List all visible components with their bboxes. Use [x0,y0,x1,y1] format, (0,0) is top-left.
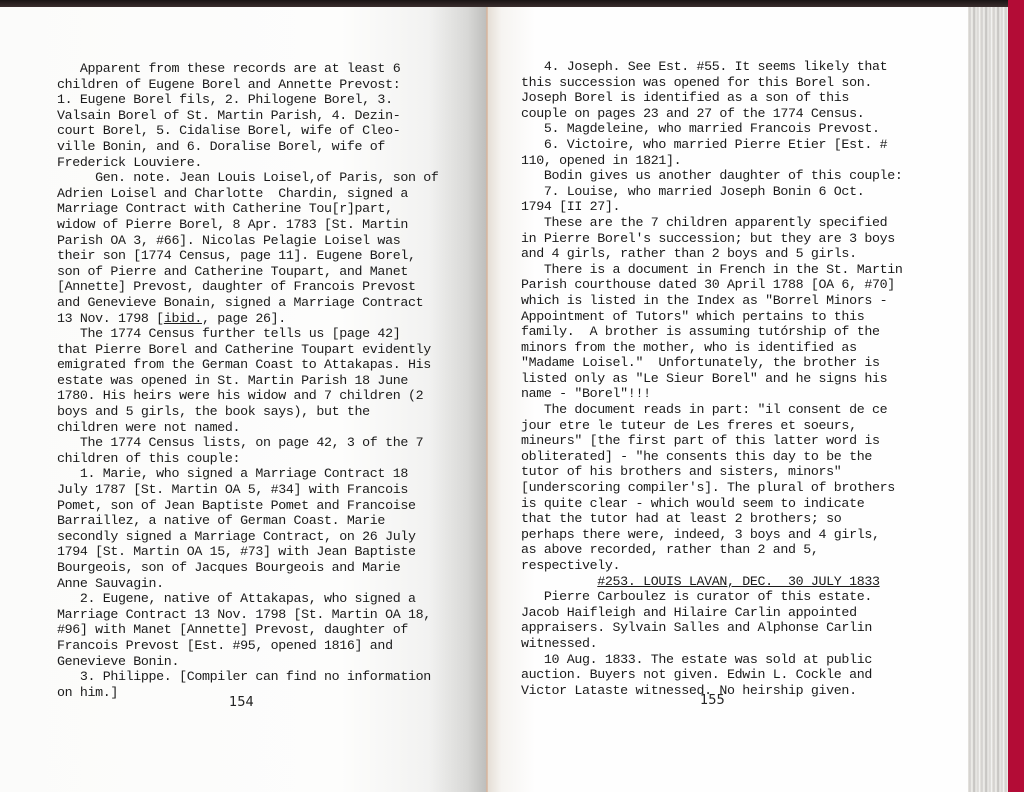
text-line: Jacob Haifleigh and Hilaire Carlin appoi… [521,605,902,621]
text-line: Apparent from these records are at least… [57,61,438,77]
text-line: The document reads in part: "il consent … [521,402,902,418]
text-line: Genevieve Bonin. [57,654,438,670]
text-line: [Annette] Prevost, daughter of Francois … [57,279,438,295]
text-line: 1. Marie, who signed a Marriage Contract… [57,466,438,482]
text-line: and 4 girls, rather than 2 boys and 5 gi… [521,246,902,262]
text-line: court Borel, 5. Cidalise Borel, wife of … [57,123,438,139]
text-line: appraisers. Sylvain Salles and Alphonse … [521,620,902,636]
text-line: perhaps there were, indeed, 3 boys and 4… [521,527,902,543]
text-line: ville Bonin, and 6. Doralise Borel, wife… [57,139,438,155]
text-line: Bodin gives us another daughter of this … [521,168,902,184]
text-line: #253. LOUIS LAVAN, DEC. 30 JULY 1833 [521,574,902,590]
text-line: that the tutor had at least 2 brothers; … [521,511,902,527]
text-line: as above recorded, rather than 2 and 5, [521,542,902,558]
text-line: witnessed. [521,636,902,652]
text-line: 1. Eugene Borel fils, 2. Philogene Borel… [57,92,438,108]
estate-heading: #253. LOUIS LAVAN, DEC. 30 JULY 1833 [597,574,879,589]
page-number-right: 155 [700,693,725,708]
text-line: Pierre Carboulez is curator of this esta… [521,589,902,605]
text-line: Marriage Contract 13 Nov. 1798 [St. Mart… [57,607,438,623]
text-line: in Pierre Borel's succession; but they a… [521,231,902,247]
text-line: minors from the mother, who is identifie… [521,340,902,356]
book-gutter [486,7,488,792]
text-line: Francois Prevost [Est. #95, opened 1816]… [57,638,438,654]
text-line: 5. Magdeleine, who married Francois Prev… [521,121,902,137]
text-line: Adrien Loisel and Charlotte Chardin, sig… [57,186,438,202]
text-line: Valsain Borel of St. Martin Parish, 4. D… [57,108,438,124]
text-line: These are the 7 children apparently spec… [521,215,902,231]
text-line: Pomet, son of Jean Baptiste Pomet and Fr… [57,498,438,514]
text-line: jour etre le tuteur de Les freres et soe… [521,418,902,434]
right-page-text: 4. Joseph. See Est. #55. It seems likely… [521,59,902,698]
text-line: 1794 [II 27]. [521,199,902,215]
text-line: Parish OA 3, #66]. Nicolas Pelagie Loise… [57,233,438,249]
text-line: Parish courthouse dated 30 April 1788 [O… [521,277,902,293]
text-line: The 1774 Census lists, on page 42, 3 of … [57,435,438,451]
book-top-edge [0,0,1024,7]
text-line: auction. Buyers not given. Edwin L. Cock… [521,667,902,683]
page-number-left: 154 [229,695,254,710]
text-line: 6. Victoire, who married Pierre Etier [E… [521,137,902,153]
text-line: obliterated] - "he consents this day to … [521,449,902,465]
text-line: 13 Nov. 1798 [ibid., page 26]. [57,311,438,327]
text-line: mineurs" [the first part of this latter … [521,433,902,449]
text-line: Marriage Contract with Catherine Tou[r]p… [57,201,438,217]
text-line: 1780. His heirs were his widow and 7 chi… [57,388,438,404]
text-line: There is a document in French in the St.… [521,262,902,278]
text-line: Joseph Borel is identified as a son of t… [521,90,902,106]
text-line: July 1787 [St. Martin OA 5, #34] with Fr… [57,482,438,498]
text-line: 110, opened in 1821]. [521,153,902,169]
text-line: boys and 5 girls, the book says), but th… [57,404,438,420]
text-line: that Pierre Borel and Catherine Toupart … [57,342,438,358]
text-line: emigrated from the German Coast to Attak… [57,357,438,373]
text-line: their son [1774 Census, page 11]. Eugene… [57,248,438,264]
text-line: name - "Borel"!!! [521,386,902,402]
text-line: respectively. [521,558,902,574]
text-line: children of Eugene Borel and Annette Pre… [57,77,438,93]
text-line: is quite clear - which would seem to ind… [521,496,902,512]
text-line: The 1774 Census further tells us [page 4… [57,326,438,342]
text-line: Barraillez, a native of German Coast. Ma… [57,513,438,529]
text-line: secondly signed a Marriage Contract, on … [57,529,438,545]
text-line: Appointment of Tutors" which pertains to… [521,309,902,325]
text-line: Frederick Louviere. [57,155,438,171]
text-line: 1794 [St. Martin OA 15, #73] with Jean B… [57,544,438,560]
text-line: "Madame Loisel." Unfortunately, the brot… [521,355,902,371]
text-line: son of Pierre and Catherine Toupart, and… [57,264,438,280]
text-line: widow of Pierre Borel, 8 Apr. 1783 [St. … [57,217,438,233]
text-line: couple on pages 23 and 27 of the 1774 Ce… [521,106,902,122]
text-line: [underscoring compiler's]. The plural of… [521,480,902,496]
text-line: 10 Aug. 1833. The estate was sold at pub… [521,652,902,668]
text-line: #96] with Manet [Annette] Prevost, daugh… [57,622,438,638]
text-line: estate was opened in St. Martin Parish 1… [57,373,438,389]
text-line: this succession was opened for this Bore… [521,75,902,91]
text-line: listed only as "Le Sieur Borel" and he s… [521,371,902,387]
page-edges [968,7,1008,792]
text-line: family. A brother is assuming tutórship … [521,324,902,340]
underlined-ibid: ibid. [164,311,202,326]
text-line: Anne Sauvagin. [57,576,438,592]
red-book-cover [1008,0,1024,792]
text-line: Gen. note. Jean Louis Loisel,of Paris, s… [57,170,438,186]
text-line: 2. Eugene, native of Attakapas, who sign… [57,591,438,607]
text-line: Bourgeois, son of Jacques Bourgeois and … [57,560,438,576]
text-line: tutor of his brothers and sisters, minor… [521,464,902,480]
text-line: 7. Louise, who married Joseph Bonin 6 Oc… [521,184,902,200]
text-line: and Genevieve Bonain, signed a Marriage … [57,295,438,311]
text-line: children of this couple: [57,451,438,467]
text-line: 4. Joseph. See Est. #55. It seems likely… [521,59,902,75]
text-line: 3. Philippe. [Compiler can find no infor… [57,669,438,685]
text-line: which is listed in the Index as "Borrel … [521,293,902,309]
text-line: children were not named. [57,420,438,436]
left-page-text: Apparent from these records are at least… [57,61,438,700]
